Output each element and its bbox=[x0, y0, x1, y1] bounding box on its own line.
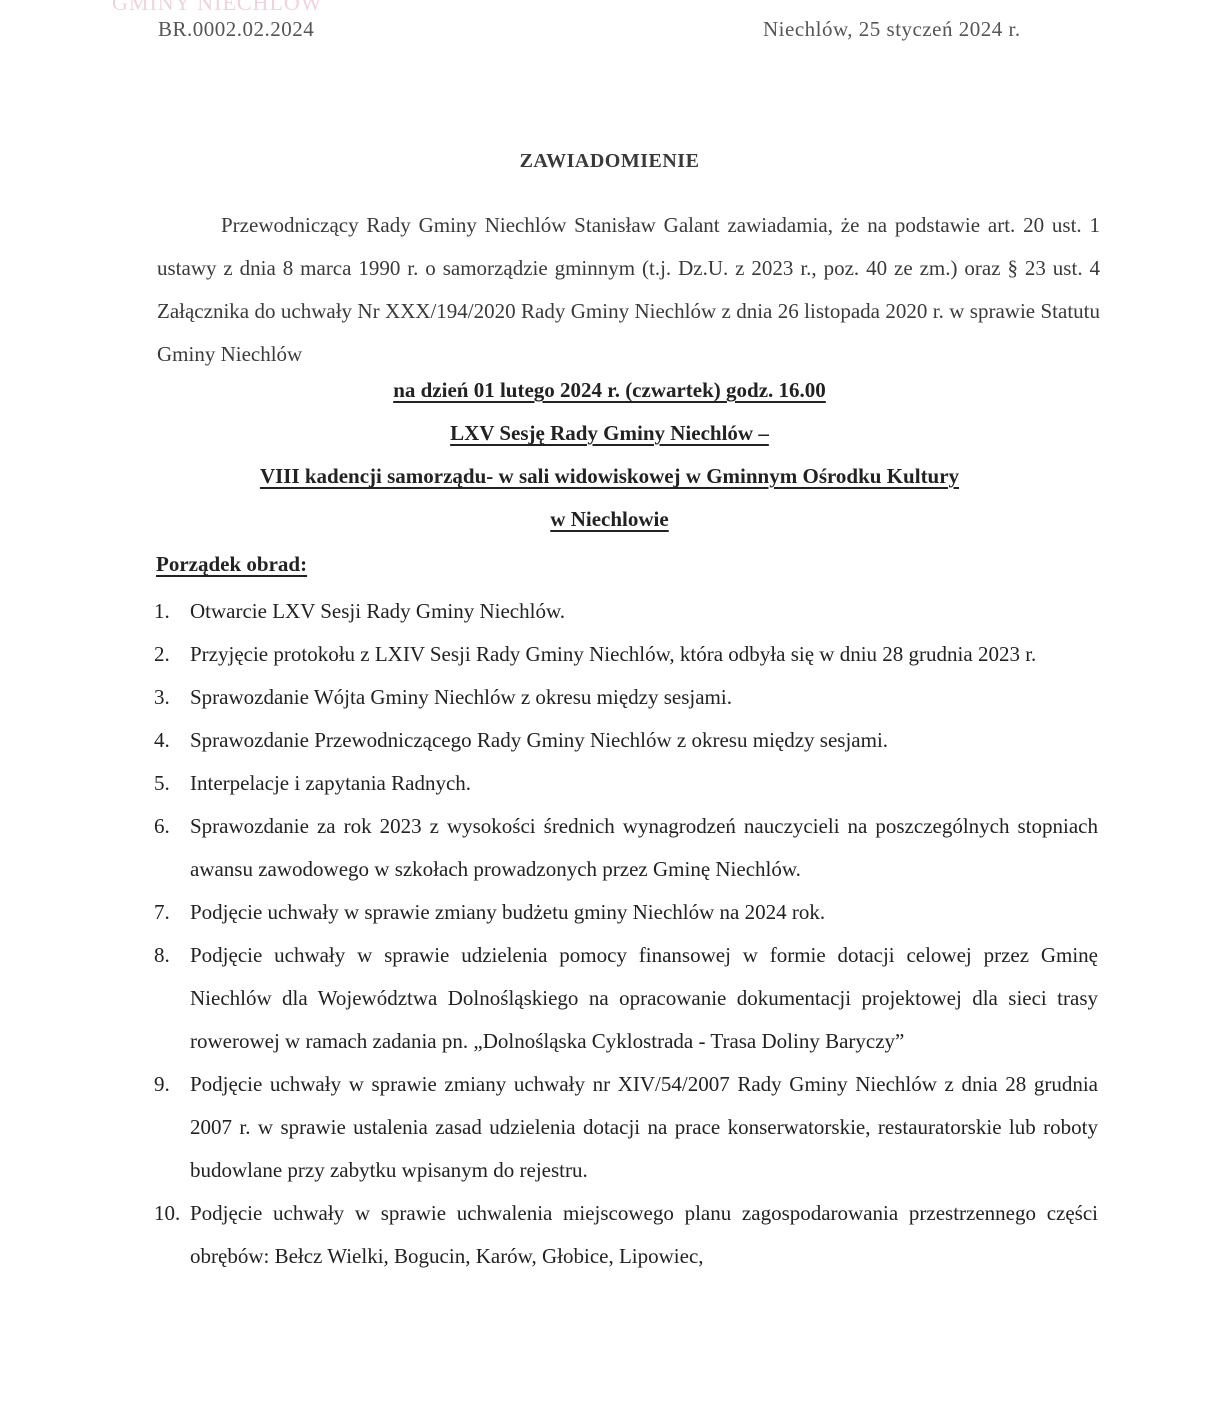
agenda-item-number: 1. bbox=[154, 590, 170, 633]
agenda-item: 5.Interpelacje i zapytania Radnych. bbox=[154, 762, 1098, 805]
session-town-line: w Niechlowie bbox=[0, 507, 1219, 532]
agenda-item: 6.Sprawozdanie za rok 2023 z wysokości ś… bbox=[154, 805, 1098, 891]
agenda-item: 2.Przyjęcie protokołu z LXIV Sesji Rady … bbox=[154, 633, 1098, 676]
agenda-item-text: Sprawozdanie Wójta Gminy Niechlów z okre… bbox=[190, 685, 732, 709]
agenda-item: 9.Podjęcie uchwały w sprawie zmiany uchw… bbox=[154, 1063, 1098, 1192]
agenda-list: 1.Otwarcie LXV Sesji Rady Gminy Niechlów… bbox=[154, 590, 1098, 1278]
agenda-heading: Porządek obrad: bbox=[156, 552, 307, 577]
agenda-item-number: 10. bbox=[154, 1192, 180, 1235]
agenda-item-text: Podjęcie uchwały w sprawie uchwalenia mi… bbox=[190, 1201, 1098, 1268]
agenda-item-text: Podjęcie uchwały w sprawie zmiany uchwał… bbox=[190, 1072, 1098, 1182]
agenda-item: 7.Podjęcie uchwały w sprawie zmiany budż… bbox=[154, 891, 1098, 934]
agenda-item: 4.Sprawozdanie Przewodniczącego Rady Gmi… bbox=[154, 719, 1098, 762]
agenda-item-number: 3. bbox=[154, 676, 170, 719]
agenda-item-number: 8. bbox=[154, 934, 170, 977]
agenda-item-number: 5. bbox=[154, 762, 170, 805]
agenda-item: 8.Podjęcie uchwały w sprawie udzielenia … bbox=[154, 934, 1098, 1063]
reference-number: BR.0002.02.2024 bbox=[158, 17, 314, 42]
office-stamp: GMINY NIECHLÓW bbox=[112, 0, 323, 16]
session-venue-line: VIII kadencji samorządu- w sali widowisk… bbox=[0, 464, 1219, 489]
session-date-line: na dzień 01 lutego 2024 r. (czwartek) go… bbox=[0, 378, 1219, 403]
agenda-item: 1.Otwarcie LXV Sesji Rady Gminy Niechlów… bbox=[154, 590, 1098, 633]
agenda-item-number: 7. bbox=[154, 891, 170, 934]
agenda-item-text: Sprawozdanie Przewodniczącego Rady Gminy… bbox=[190, 728, 888, 752]
intro-paragraph: Przewodniczący Rady Gminy Niechlów Stani… bbox=[157, 204, 1100, 376]
agenda-item-text: Sprawozdanie za rok 2023 z wysokości śre… bbox=[190, 814, 1098, 881]
agenda-item-number: 6. bbox=[154, 805, 170, 848]
agenda-item-text: Interpelacje i zapytania Radnych. bbox=[190, 771, 471, 795]
place-date: Niechlów, 25 styczeń 2024 r. bbox=[763, 17, 1021, 42]
agenda-item-text: Otwarcie LXV Sesji Rady Gminy Niechlów. bbox=[190, 599, 565, 623]
agenda-item: 10.Podjęcie uchwały w sprawie uchwalenia… bbox=[154, 1192, 1098, 1278]
session-name-line: LXV Sesję Rady Gminy Niechlów – bbox=[0, 421, 1219, 446]
agenda-item-number: 2. bbox=[154, 633, 170, 676]
document-title: ZAWIADOMIENIE bbox=[0, 150, 1219, 173]
agenda-item-text: Podjęcie uchwały w sprawie udzielenia po… bbox=[190, 943, 1098, 1053]
agenda-item-number: 9. bbox=[154, 1063, 170, 1106]
agenda-item-text: Przyjęcie protokołu z LXIV Sesji Rady Gm… bbox=[190, 642, 1036, 666]
agenda-item: 3.Sprawozdanie Wójta Gminy Niechlów z ok… bbox=[154, 676, 1098, 719]
agenda-item-number: 4. bbox=[154, 719, 170, 762]
agenda-item-text: Podjęcie uchwały w sprawie zmiany budżet… bbox=[190, 900, 825, 924]
